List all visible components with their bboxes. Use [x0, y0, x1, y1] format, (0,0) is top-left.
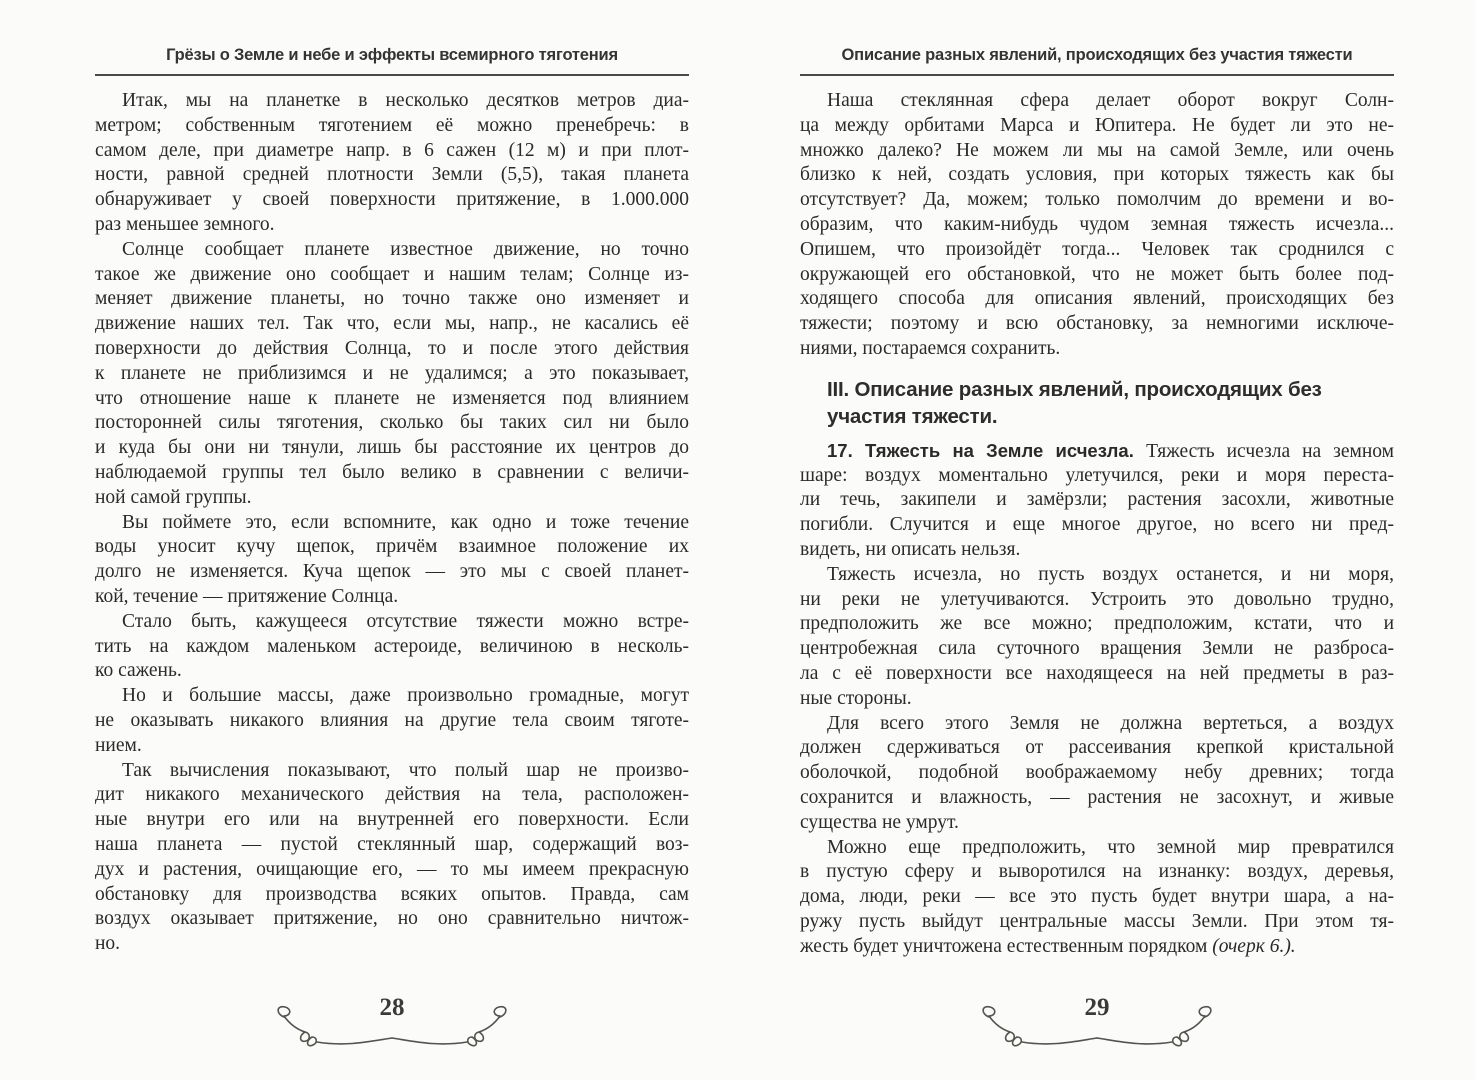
text-line: обнаруживает у своей поверхности притяже…: [95, 188, 689, 213]
text-line: меняет движение планеты, но точно также …: [95, 287, 689, 312]
paragraph: Наша стеклянная сфера делает оборот вокр…: [800, 89, 1394, 362]
text-line: воздух оказывает притяжение, но оно срав…: [95, 907, 689, 932]
text-line: участия тяжести.: [827, 403, 1394, 430]
text-line: дух и растения, очищающие его, — то мы и…: [95, 858, 689, 883]
paragraph: Но и большие массы, даже произвольно гро…: [95, 684, 689, 758]
text-line: но.: [95, 932, 689, 957]
text-line: и куда бы они ни тянули, лишь бы расстоя…: [95, 436, 689, 461]
text-line: 17. Тяжесть на Земле исчезла. Тяжесть ис…: [800, 439, 1394, 464]
text-line: движение наших тел. Так что, если мы, на…: [95, 312, 689, 337]
paragraph: Солнце сообщает планете известное движен…: [95, 238, 689, 511]
text-line: видеть, ни описать нельзя.: [800, 538, 1394, 563]
footer-ornament-wrap: 28: [272, 998, 512, 1050]
text-line: такое же движение оно сообщает и нашим т…: [95, 263, 689, 288]
text-line: Так вычисления показывают, что полый шар…: [95, 759, 689, 784]
page-left: Грёзы о Земле и небе и эффекты всемирног…: [95, 0, 689, 1080]
page-number-left: 28: [380, 994, 405, 1022]
text-line: ниями, постараемся сохранить.: [800, 337, 1394, 362]
text-line: ни реки не улетучиваются. Устроить это д…: [800, 588, 1394, 613]
text-line: предположить же все можно; предположим, …: [800, 612, 1394, 637]
text-line: дома, люди, реки — все это пусть будет в…: [800, 885, 1394, 910]
text-line: центробежная сила суточного вращения Зем…: [800, 637, 1394, 662]
text-line: ко сажень.: [95, 659, 689, 684]
text-line: к планете не приблизимся и не удалимся; …: [95, 362, 689, 387]
text-line: Опишем, что произойдёт тогда... Человек …: [800, 238, 1394, 263]
text-line: метром; собственным тяготением её можно …: [95, 114, 689, 139]
text-line: шаре: воздух моментально улетучился, рек…: [800, 464, 1394, 489]
page-body-left: Итак, мы на планетке в несколько десятко…: [95, 89, 689, 957]
text-line: раз меньшее земного.: [95, 213, 689, 238]
text-line: окружающей его обстановкой, что не может…: [800, 263, 1394, 288]
text-line: Можно еще предположить, что земной мир п…: [800, 836, 1394, 861]
text-line: жесть будет уничтожена естественным поря…: [800, 935, 1394, 960]
text-line: что отношение наше к планете не изменяет…: [95, 387, 689, 412]
text-line: Наша стеклянная сфера делает оборот вокр…: [800, 89, 1394, 114]
paragraph-lead: 17. Тяжесть на Земле исчезла.: [827, 440, 1146, 461]
text-line: Итак, мы на планетке в несколько десятко…: [95, 89, 689, 114]
paragraph: Тяжесть исчезла, но пусть воздух останет…: [800, 563, 1394, 712]
page-number-right: 29: [1085, 994, 1110, 1022]
text-line: ходящего способа для описания явлений, п…: [800, 287, 1394, 312]
text-line: ца между орбитами Марса и Юпитера. Не бу…: [800, 114, 1394, 139]
paragraph: Можно еще предположить, что земной мир п…: [800, 836, 1394, 960]
text-line: в пустую сферу и выворотился на изнанку:…: [800, 860, 1394, 885]
text-line: наша планета — пустой стеклянный шар, со…: [95, 833, 689, 858]
text-line: кой, течение — притяжение Солнца.: [95, 585, 689, 610]
text-line: ности, равной средней плотности Земли (5…: [95, 163, 689, 188]
text-line: посторонней силы тяготения, сколько бы т…: [95, 411, 689, 436]
text-line: сохранится и влажность, — растения не за…: [800, 786, 1394, 811]
text-line: ли течь, закипели и замёрзли; растения з…: [800, 488, 1394, 513]
running-head-left: Грёзы о Земле и небе и эффекты всемирног…: [95, 46, 689, 76]
text-line: Стало быть, кажущееся отсутствие тяжести…: [95, 610, 689, 635]
text-line: образим, что каким-нибудь чудом земная т…: [800, 213, 1394, 238]
page-footer-left: 28: [95, 998, 689, 1050]
paragraph: Вы поймете это, если вспомните, как одно…: [95, 511, 689, 610]
paragraph: Стало быть, кажущееся отсутствие тяжести…: [95, 610, 689, 684]
text-line: существа не умрут.: [800, 811, 1394, 836]
paragraph: 17. Тяжесть на Земле исчезла. Тяжесть ис…: [800, 439, 1394, 563]
text-line: не оказывать никакого влияния на другие …: [95, 709, 689, 734]
text-line: Солнце сообщает планете известное движен…: [95, 238, 689, 263]
page-right: Описание разных явлений, происходящих бе…: [800, 0, 1394, 1080]
text-line: ные внутри его или на внутренней его пов…: [95, 808, 689, 833]
text-line: Для всего этого Земля не должна вертетьс…: [800, 712, 1394, 737]
page-body-right: Наша стеклянная сфера делает оборот вокр…: [800, 89, 1394, 960]
paragraph: Для всего этого Земля не должна вертетьс…: [800, 712, 1394, 836]
text-line: ружу пусть выйдут центральные массы Земл…: [800, 910, 1394, 935]
text-line: Вы поймете это, если вспомните, как одно…: [95, 511, 689, 536]
text-line: погибли. Случится и еще многое другое, н…: [800, 513, 1394, 538]
text-line: ной самой группы.: [95, 486, 689, 511]
text-line: Тяжесть исчезла, но пусть воздух останет…: [800, 563, 1394, 588]
text-line: тяжести; поэтому и всю обстановку, за не…: [800, 312, 1394, 337]
text-line: оболочкой, подобной воображаемому небу д…: [800, 761, 1394, 786]
text-line: III. Описание разных явлений, происходящ…: [827, 376, 1394, 403]
text-line: нием.: [95, 734, 689, 759]
section-heading: III. Описание разных явлений, происходящ…: [827, 376, 1394, 430]
text-line: самом деле, при диаметре напр. в 6 сажен…: [95, 139, 689, 164]
italic-reference: (очерк 6.).: [1212, 936, 1295, 957]
page-footer-right: 29: [800, 998, 1394, 1050]
text-line: ные стороны.: [800, 687, 1394, 712]
text-line: Но и большие массы, даже произвольно гро…: [95, 684, 689, 709]
text-line: долго не изменяется. Куча щепок — это мы…: [95, 560, 689, 585]
text-line: должен сдерживаться от рассеивания крепк…: [800, 736, 1394, 761]
text-line: дит никакого механического действия на т…: [95, 783, 689, 808]
text-line: множко далеко? Не можем ли мы на самой З…: [800, 139, 1394, 164]
paragraph: Итак, мы на планетке в несколько десятко…: [95, 89, 689, 238]
text-line: отсутствует? Да, можем; только помолчим …: [800, 188, 1394, 213]
text-line: наблюдаемой группы тел было велико в сра…: [95, 461, 689, 486]
footer-ornament-wrap: 29: [977, 998, 1217, 1050]
text-line: тить на каждом маленьком астероиде, вели…: [95, 635, 689, 660]
text-line: обстановку для производства всяких опыто…: [95, 883, 689, 908]
text-line: ла с её поверхности все находящееся на н…: [800, 662, 1394, 687]
text-line: воды уносит кучу щепок, причём взаимное …: [95, 535, 689, 560]
text-line: близко к ней, создать условия, при котор…: [800, 163, 1394, 188]
paragraph: Так вычисления показывают, что полый шар…: [95, 759, 689, 957]
running-head-right: Описание разных явлений, происходящих бе…: [800, 46, 1394, 76]
text-line: поверхности до действия Солнца, то и пос…: [95, 337, 689, 362]
